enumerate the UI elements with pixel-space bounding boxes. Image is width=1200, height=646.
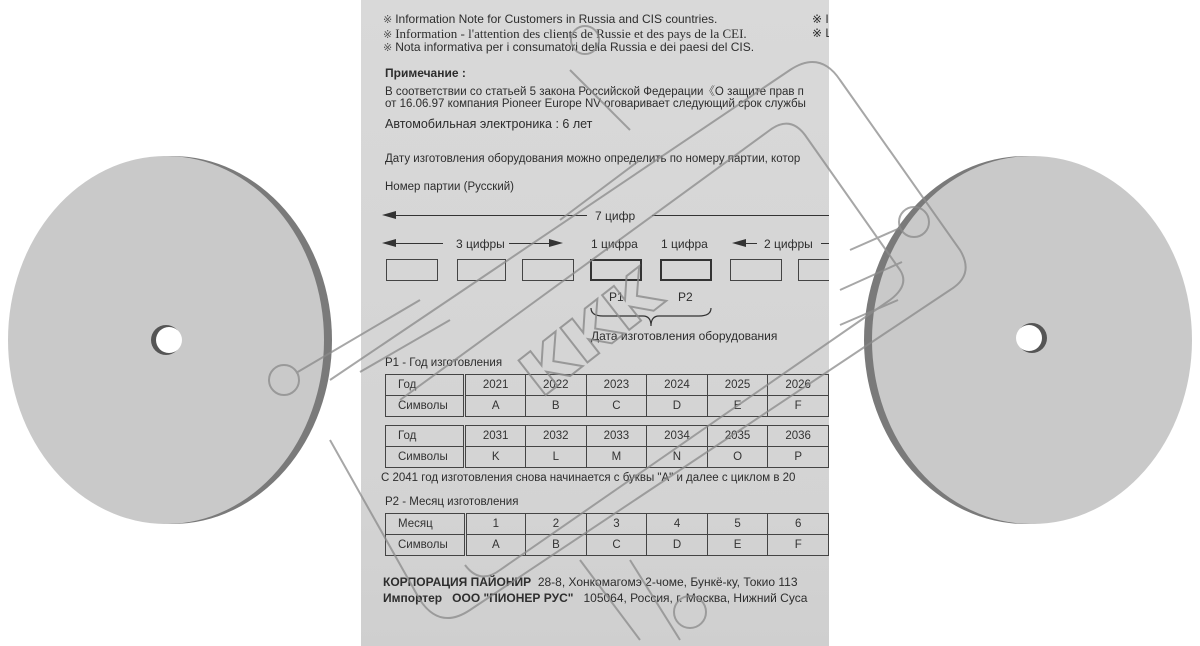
table-cell: 2031 xyxy=(465,426,526,447)
digit-box-3 xyxy=(522,259,574,281)
table-cell: 2022 xyxy=(525,375,586,396)
dimension-line xyxy=(652,215,829,216)
table-cell: 4 xyxy=(647,514,708,535)
table-cell: N xyxy=(647,447,708,468)
table-cell: 2036 xyxy=(768,426,829,447)
dimension-line xyxy=(395,243,443,244)
table-cell: O xyxy=(707,447,768,468)
table-row: Год 2021 2022 2023 2024 2025 2026 xyxy=(386,375,829,396)
p2-label: P2 xyxy=(678,290,693,304)
seven-digits-label: 7 цифр xyxy=(595,209,635,223)
digit-box-p2 xyxy=(660,259,712,281)
note-title: Примечание : xyxy=(385,66,466,80)
table-row: Месяц 1 2 3 4 5 6 xyxy=(386,514,829,535)
table-cell: M xyxy=(586,447,647,468)
month-table: Месяц 1 2 3 4 5 6 Символы A B C D E F xyxy=(385,513,829,556)
header-note-text: Information - l'attention des clients de… xyxy=(395,26,746,41)
table-row: Символы A B C D E F xyxy=(386,535,829,556)
p1-title: P1 - Год изготовления xyxy=(385,357,502,369)
p1-label: P1 xyxy=(609,290,624,304)
table-cell: D xyxy=(647,396,708,417)
note-line-2: от 16.06.97 компания Pioneer Europe NV о… xyxy=(385,98,806,110)
dimension-line xyxy=(745,243,757,244)
table-cell: C xyxy=(586,535,647,556)
table-cell: 2034 xyxy=(647,426,708,447)
instruction-leaflet: ※Information Note for Customers in Russi… xyxy=(361,0,829,646)
table-cell: F xyxy=(768,535,829,556)
header-note-it: ※Nota informativa per i consumatori dell… xyxy=(383,40,754,54)
arrow-left-icon xyxy=(732,239,746,247)
cycle-note: С 2041 год изготовления снова начинается… xyxy=(381,472,795,484)
two-digits-label: 2 цифры xyxy=(764,237,813,251)
arrow-left-icon xyxy=(382,211,396,219)
table-cell: 2033 xyxy=(586,426,647,447)
corporation-name: КОРПОРАЦИЯ ПАЙОНИР xyxy=(383,575,531,589)
table-cell: E xyxy=(707,396,768,417)
table-cell: A xyxy=(465,535,526,556)
table-cell: K xyxy=(465,447,526,468)
note-line-1: В соответствии со статьей 5 закона Росси… xyxy=(385,83,804,99)
table-cell: 1 xyxy=(465,514,526,535)
reference-mark-icon: ※ xyxy=(383,41,392,54)
year-table-1: Год 2021 2022 2023 2024 2025 2026 Символ… xyxy=(385,374,829,417)
corporation-address: 28-8, Хонкомагомэ 2-чоме, Бункё-ку, Токи… xyxy=(538,575,798,589)
curly-brace-icon xyxy=(589,306,713,328)
service-life: Автомобильная электроника : 6 лет xyxy=(385,117,592,131)
arrow-right-icon xyxy=(549,239,563,247)
reference-mark-icon: ※ xyxy=(383,13,392,26)
table-cell: 5 xyxy=(707,514,768,535)
table-cell: 2021 xyxy=(465,375,526,396)
table-cell: B xyxy=(526,535,587,556)
row-label: Символы xyxy=(386,396,465,417)
date-intro: Дату изготовления оборудования можно опр… xyxy=(385,153,800,165)
dimension-line xyxy=(821,243,829,244)
right-mark-1: ※ I xyxy=(812,12,829,26)
importer-line: Импортер ООО "ПИОНЕР РУС" 105064, Россия… xyxy=(383,591,807,605)
digit-box-p1 xyxy=(590,259,642,281)
corporation-line: КОРПОРАЦИЯ ПАЙОНИР 28-8, Хонкомагомэ 2-ч… xyxy=(383,575,798,589)
table-cell: 2025 xyxy=(707,375,768,396)
digit-box-7 xyxy=(798,259,829,281)
importer-label: Импортер xyxy=(383,591,442,605)
right-mark-2: ※ L xyxy=(812,26,829,40)
date-caption: Дата изготовления оборудования xyxy=(591,329,777,343)
batch-label: Номер партии (Русский) xyxy=(385,181,514,193)
digit-box-6 xyxy=(730,259,782,281)
p2-title: P2 - Месяц изготовления xyxy=(385,496,518,508)
table-cell: P xyxy=(768,447,829,468)
table-cell: 6 xyxy=(768,514,829,535)
table-cell: F xyxy=(768,396,829,417)
table-cell: E xyxy=(707,535,768,556)
row-label: Год xyxy=(386,426,465,447)
importer-address: 105064, Россия, г. Москва, Нижний Суса xyxy=(583,591,807,605)
foam-disc-shape xyxy=(856,150,1200,528)
header-note-en: ※Information Note for Customers in Russi… xyxy=(383,12,717,26)
table-cell: 3 xyxy=(586,514,647,535)
left-foam-disc xyxy=(0,150,336,528)
right-foam-disc xyxy=(856,150,1200,528)
importer-name: ООО "ПИОНЕР РУС" xyxy=(452,591,573,605)
row-label: Год xyxy=(386,375,465,396)
table-cell: L xyxy=(525,447,586,468)
table-cell: D xyxy=(647,535,708,556)
digit-box-1 xyxy=(386,259,438,281)
table-row: Символы A B C D E F xyxy=(386,396,829,417)
dimension-line xyxy=(395,215,587,216)
table-cell: C xyxy=(586,396,647,417)
one-digit-label-b: 1 цифра xyxy=(661,237,708,251)
table-cell: 2024 xyxy=(647,375,708,396)
year-table-2: Год 2031 2032 2033 2034 2035 2036 Символ… xyxy=(385,425,829,468)
table-cell: 2 xyxy=(526,514,587,535)
row-label: Месяц xyxy=(386,514,466,535)
header-note-text: Nota informativa per i consumatori della… xyxy=(395,40,754,54)
table-cell: 2032 xyxy=(525,426,586,447)
table-row: Год 2031 2032 2033 2034 2035 2036 xyxy=(386,426,829,447)
table-cell: 2035 xyxy=(707,426,768,447)
foam-disc-shape xyxy=(0,150,336,528)
table-cell: A xyxy=(465,396,526,417)
digit-box-2 xyxy=(457,259,506,281)
one-digit-label-a: 1 цифра xyxy=(591,237,638,251)
row-label: Символы xyxy=(386,535,466,556)
header-note-text: Information Note for Customers in Russia… xyxy=(395,12,717,26)
table-cell: 2026 xyxy=(768,375,829,396)
table-cell: B xyxy=(525,396,586,417)
three-digits-label: 3 цифры xyxy=(456,237,505,251)
table-cell: 2023 xyxy=(586,375,647,396)
table-row: Символы K L M N O P xyxy=(386,447,829,468)
row-label: Символы xyxy=(386,447,465,468)
dimension-line xyxy=(509,243,551,244)
arrow-left-icon xyxy=(382,239,396,247)
